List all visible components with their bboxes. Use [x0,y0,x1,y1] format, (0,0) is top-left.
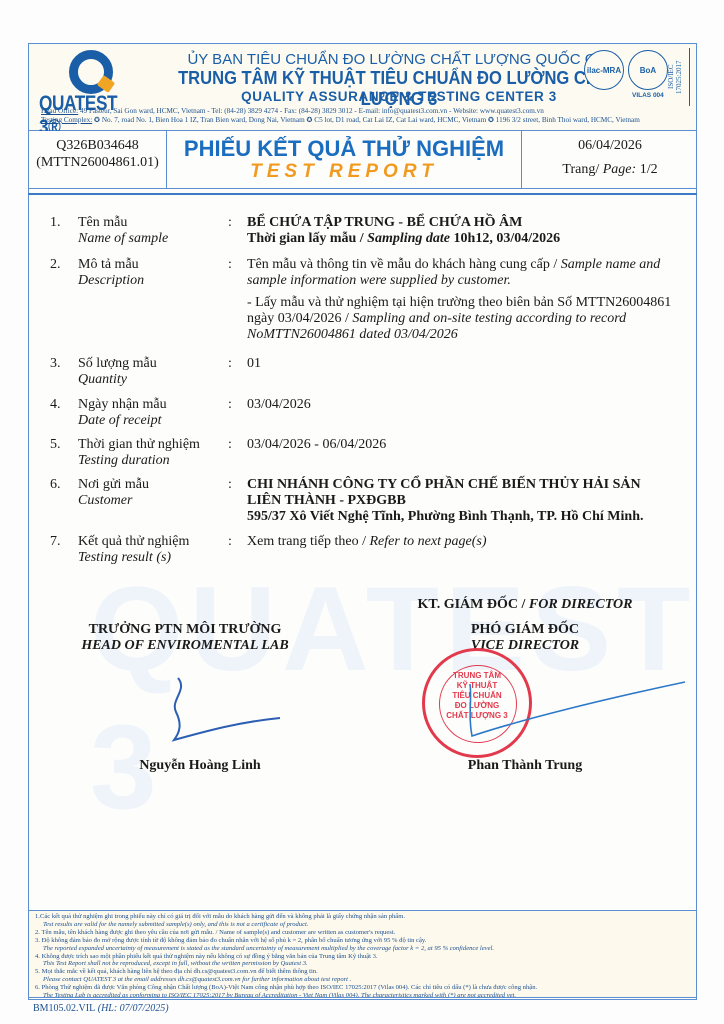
right-signature-title: PHÓ GIÁM ĐỐC VICE DIRECTOR [410,622,640,654]
label-en: Name of sample [78,231,168,247]
label-en: Testing result (s) [78,550,189,566]
footnotes: 1.Các kết quả thử nghiệm ghi trong phiếu… [28,910,697,998]
report-title-vn: PHIẾU KẾT QUẢ THỬ NGHIỆM [167,136,521,162]
label-vn: Nơi gửi mẫu [78,477,149,492]
field-label: Kết quả thử nghiệmTesting result (s) [78,534,189,566]
left-title-vn: TRƯỞNG PTN MÔI TRƯỜNG [70,622,300,638]
label-vn: Thời gian thử nghiệm [78,437,200,452]
result-vn: Xem trang tiếp theo / [247,534,369,549]
desc1-vn: Tên mẫu và thông tin về mẫu do khách hàn… [247,257,561,272]
testing-complex-line: Testing Complex: ✪ No. 7, road No. 1, Bi… [41,116,681,125]
field-value: CHI NHÁNH CÔNG TY CỔ PHẦN CHẾ BIẾN THỦY … [247,477,687,525]
field-label: Số lượng mẫuQuantity [78,356,157,388]
field-number: 1. [50,215,61,231]
head-office-line: Head Office: 49 Pasteur, Sai Gon ward, H… [41,107,681,116]
ilac-mra-badge-icon: ilac-MRA [584,50,624,90]
sample-name: BỂ CHỨA TẬP TRUNG - BỂ CHỨA HỒ ÂM [247,215,687,231]
note-vn: 1.Các kết quả thử nghiệm ghi trong phiếu… [35,913,690,921]
report-reference: (MTTN26004861.01) [29,154,166,171]
agency-name: ỦY BAN TIÊU CHUẨN ĐO LƯỜNG CHẤT LƯỢNG QU… [169,51,629,68]
label-en: Customer [78,493,149,509]
page-label-en: Page: [603,162,636,177]
note-en: Please contact QUATEST 3 at the email ad… [35,976,690,984]
colon: : [228,534,232,550]
quantity-value: 01 [247,356,687,372]
letterhead: QUATEST 3® ỦY BAN TIÊU CHUẨN ĐO LƯỜNG CH… [28,43,697,131]
report-title-cell: PHIẾU KẾT QUẢ THỬ NGHIỆM TEST REPORT [167,131,521,188]
sampling-label-vn: Thời gian lấy mẫu / [247,231,367,246]
field-number: 4. [50,397,61,413]
head-office-label: Head Office: [41,107,78,115]
field-number: 2. [50,257,61,273]
page-indicator: Trang/ Page: 1/2 [522,158,698,182]
left-signature-title: TRƯỞNG PTN MÔI TRƯỜNG HEAD OF ENVIROMENT… [70,622,300,654]
testing-complex-label: Testing Complex: [41,116,92,124]
note-en: The reported expanded uncertainty of mea… [35,945,690,953]
label-en: Quantity [78,372,157,388]
address-block: Head Office: 49 Pasteur, Sai Gon ward, H… [41,107,681,125]
label-vn: Kết quả thử nghiệm [78,534,189,549]
colon: : [228,397,232,413]
quatest-logo: QUATEST 3® [37,46,137,108]
title-row: Q326B034648 (MTTN26004861.01) PHIẾU KẾT … [28,131,697,189]
report-number: Q326B034648 [29,137,166,154]
field-value: Tên mẫu và thông tin về mẫu do khách hàn… [247,257,687,343]
label-vn: Số lượng mẫu [78,356,157,371]
iso-label: ISO/IEC 17025:2017 [667,48,690,106]
field-number: 5. [50,437,61,453]
note-3: 3. Độ không đảm bảo đo mở rộng được tính… [35,937,690,953]
report-title-en: TEST REPORT [167,161,521,183]
colon: : [228,215,232,231]
page-label-vn: Trang/ [562,162,602,177]
customer-name-2: LIÊN THÀNH - PXĐGBB [247,493,687,509]
left-signer-name: Nguyễn Hoàng Linh [110,758,290,774]
field-number: 7. [50,534,61,550]
customer-name-1: CHI NHÁNH CÔNG TY CỔ PHẦN CHẾ BIẾN THỦY … [247,477,687,493]
label-vn: Tên mẫu [78,215,127,230]
note-1: 1.Các kết quả thử nghiệm ghi trong phiếu… [35,913,690,929]
for-director-title: KT. GIÁM ĐỐC / FOR DIRECTOR [400,597,650,613]
report-number-cell: Q326B034648 (MTTN26004861.01) [29,131,167,188]
left-title-en: HEAD OF ENVIROMENTAL LAB [70,638,300,654]
right-title-en: VICE DIRECTOR [410,638,640,654]
field-label: Ngày nhận mẫuDate of receipt [78,397,167,429]
note-en: Test results are valid for the namely su… [35,921,690,929]
note-5: 5. Mọi thắc mắc về kết quả, khách hàng l… [35,968,690,984]
note-vn: 4. Không được trích sao một phần phiếu k… [35,953,690,961]
field-number: 3. [50,356,61,372]
sampling-label-en: Sampling date [367,231,450,246]
label-en: Date of receipt [78,413,167,429]
note-2: 2. Tên mẫu, tên khách hàng được ghi theo… [35,929,690,937]
note-vn: 5. Mọi thắc mắc về kết quả, khách hàng l… [35,968,690,976]
vilas-label: VILAS 004 [632,92,664,99]
form-code: BM105.02.VIL (HL: 07/07/2025) [33,1003,169,1014]
label-vn: Ngày nhận mẫu [78,397,167,412]
colon: : [228,257,232,273]
page-value: 1/2 [636,162,657,177]
boa-badge-icon: BoA [628,50,668,90]
report-meta-cell: 06/04/2026 Trang/ Page: 1/2 [521,131,698,188]
field-value: Xem trang tiếp theo / Refer to next page… [247,534,687,550]
left-signature-icon [150,670,290,750]
field-value: BỂ CHỨA TẬP TRUNG - BỂ CHỨA HỒ ÂM Thời g… [247,215,687,247]
label-en: Testing duration [78,453,200,469]
right-title-vn: PHÓ GIÁM ĐỐC [410,622,640,638]
note-vn: 3. Độ không đảm bảo đo mở rộng được tính… [35,937,690,945]
note-vn: 2. Tên mẫu, tên khách hàng được ghi theo… [35,929,690,937]
for-director-vn: KT. GIÁM ĐỐC / [418,597,529,612]
testing-complex-text: ✪ No. 7, road No. 1, Bien Hoa 1 IZ, Tran… [92,116,640,124]
field-label: Mô tả mẫuDescription [78,257,144,289]
description-2: - Lấy mẫu và thử nghiệm tại hiện trường … [247,295,687,343]
right-signature-icon [460,680,690,760]
testing-duration-value: 03/04/2026 - 06/04/2026 [247,437,687,453]
note-vn: 6. Phòng Thử nghiệm đã được Văn phòng Cô… [35,984,690,992]
field-label: Nơi gửi mẫuCustomer [78,477,149,509]
divider [28,193,697,195]
head-office-text: 49 Pasteur, Sai Gon ward, HCMC, Vietnam … [78,107,544,115]
colon: : [228,437,232,453]
right-signer-name: Phan Thành Trung [435,758,615,774]
note-4: 4. Không được trích sao một phần phiếu k… [35,953,690,969]
label-en: Description [78,273,144,289]
label-vn: Mô tả mẫu [78,257,139,272]
field-label: Thời gian thử nghiệmTesting duration [78,437,200,469]
colon: : [228,356,232,372]
form-code-date: (HL: 07/07/2025) [95,1003,168,1014]
sampling-date: Thời gian lấy mẫu / Sampling date 10h12,… [247,231,687,247]
note-6: 6. Phòng Thử nghiệm đã được Văn phòng Cô… [35,984,690,998]
note-en: The Testing Lab is accredited as conform… [35,992,690,998]
form-code-id: BM105.02.VIL [33,1003,95,1014]
note-en: This Test Report shall not be reproduced… [35,960,690,968]
sampling-value: 10h12, 03/04/2026 [450,231,560,246]
receipt-date-value: 03/04/2026 [247,397,687,413]
colon: : [228,477,232,493]
description-1: Tên mẫu và thông tin về mẫu do khách hàn… [247,257,687,289]
field-number: 6. [50,477,61,493]
field-label: Tên mẫuName of sample [78,215,168,247]
for-director-en: FOR DIRECTOR [529,597,633,612]
center-name-en: QUALITY ASSURANCE & TESTING CENTER 3 [169,89,629,104]
customer-address: 595/37 Xô Viết Nghệ Tĩnh, Phường Bình Th… [247,509,687,525]
result-en: Refer to next page(s) [369,534,486,549]
report-date: 06/04/2026 [522,134,698,158]
